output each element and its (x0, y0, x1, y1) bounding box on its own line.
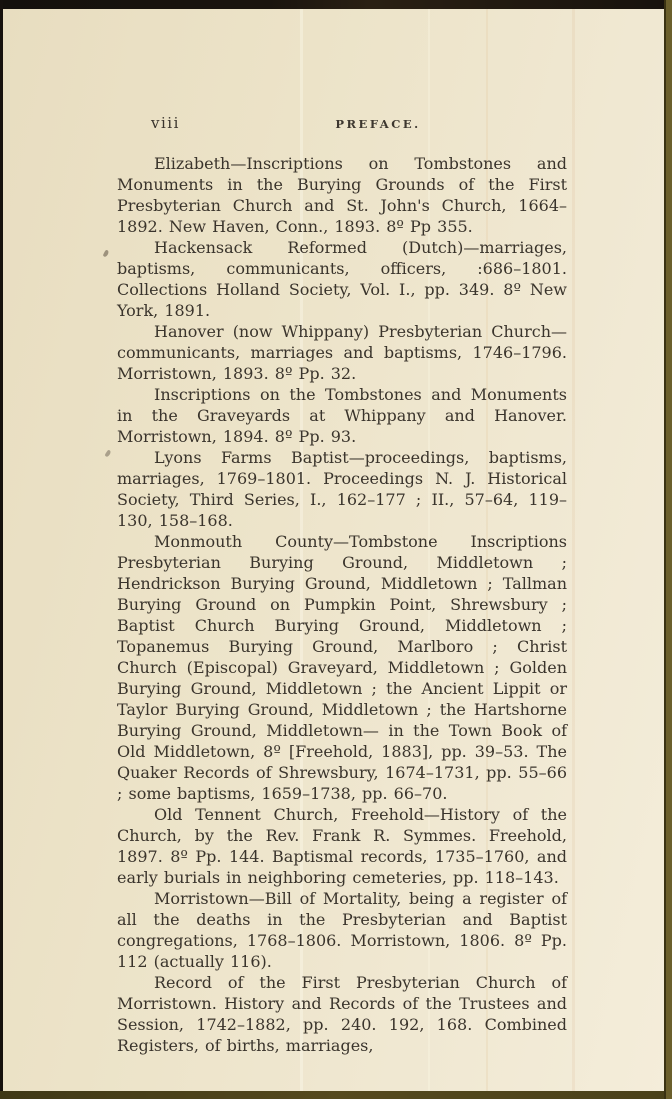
bibliography-entry-lyons-farms: Lyons Farms Baptist—proceedings, baptism… (117, 447, 567, 531)
bibliography-entry-hackensack: Hackensack Reformed (Dutch)—marriages, b… (117, 237, 567, 321)
bibliography-entry-morristown: Morristown—Bill of Mortality, being a re… (117, 888, 567, 972)
ink-smudge (104, 449, 111, 457)
scan-streak (572, 0, 575, 1099)
page-edge-right (664, 0, 672, 1099)
page-title: PREFACE. (335, 117, 420, 131)
bibliography-entry-hanover: Hanover (now Whippany) Presbyterian Chur… (117, 321, 567, 384)
page-edge-left (0, 0, 3, 1099)
ink-smudge (103, 249, 110, 257)
running-header: viii PREFACE. (117, 112, 567, 136)
bibliography-entry-record: Record of the First Presbyterian Church … (117, 972, 567, 1056)
scanned-book-page: viii PREFACE. Elizabeth—Inscriptions on … (0, 0, 672, 1099)
preface-text-block: Elizabeth—Inscriptions on Tombstones and… (117, 153, 567, 1056)
bibliography-entry-whippany: Inscriptions on the Tombstones and Monum… (117, 384, 567, 447)
page-edge-bottom (0, 1091, 672, 1099)
bibliography-entry-monmouth: Monmouth County—Tombstone Inscriptions P… (117, 531, 567, 804)
page-edge-top (0, 0, 672, 9)
folio-page-number: viii (151, 114, 180, 132)
bibliography-entry-old-tennent: Old Tennent Church, Freehold—History of … (117, 804, 567, 888)
bibliography-entry-elizabeth: Elizabeth—Inscriptions on Tombstones and… (117, 153, 567, 237)
